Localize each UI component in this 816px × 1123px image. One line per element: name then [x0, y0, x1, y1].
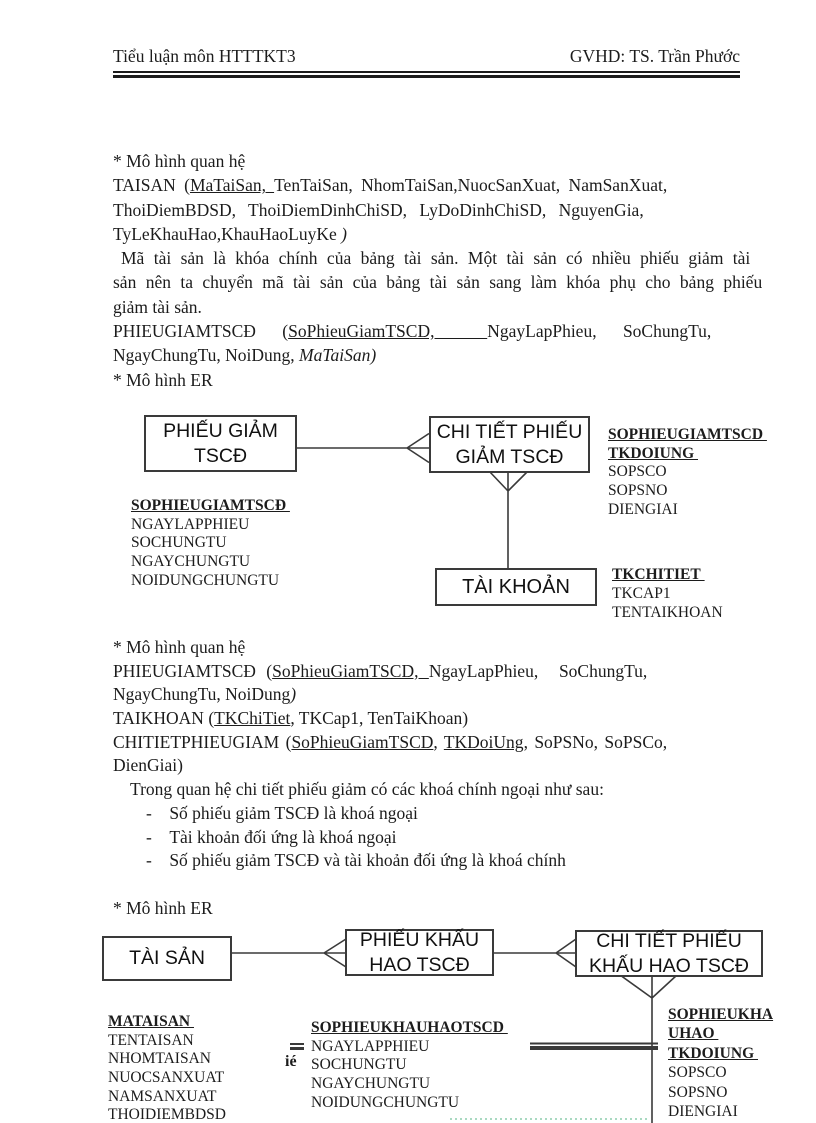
text-line: TKCHITIET [612, 566, 723, 585]
text-line: * Mô hình quan hệ [113, 637, 773, 661]
text-line: Mã tài sản là khóa chính của bảng tài sả… [113, 248, 773, 272]
text-line: TENTAISAN [108, 1032, 226, 1051]
text-line: TAIKHOAN (TKChiTiet, TKCap1, TenTaiKhoan… [113, 708, 773, 732]
entity-box-tai-khoan: TÀI KHOẢN [435, 568, 597, 606]
text-line: NGAYCHUNGTU [131, 553, 290, 572]
text-line: MATAISAN [108, 1013, 226, 1032]
relationship-line-chitiet-taikhoan [489, 471, 528, 568]
text-line: giảm tài sản. [113, 297, 773, 321]
text-line: DIENGIAI [668, 1103, 773, 1122]
text-line: DienGiai) [113, 755, 773, 779]
attribute-list-tai-khoan: TKCHITIET TKCAP1TENTAIKHOAN [612, 566, 723, 623]
text-line: ThoiDiemBDSD, ThoiDiemDinhChiSD, LyDoDin… [113, 200, 773, 224]
text-line: SOCHUNGTU [131, 534, 290, 553]
document-page: Tiểu luận môn HTTTKT3 GVHD: TS. Trần Phư… [0, 0, 816, 1123]
text-line: SOPSCO [668, 1064, 773, 1083]
text-line: TKCAP1 [612, 585, 723, 604]
text-line: NUOCSANXUAT [108, 1069, 226, 1088]
text-line: * Mô hình ER [113, 898, 773, 922]
entity-box-chi-tiet-phieu-giam-tscd: CHI TIẾT PHIẾU GIẢM TSCĐ [429, 416, 590, 473]
text-line: NGAYLAPPHIEU [131, 516, 290, 535]
text-line: SOPHIEUKHAUHAOTSCD [311, 1019, 508, 1038]
attribute-list-phieu-khau-hao: SOPHIEUKHAUHAOTSCD NGAYLAPPHIEUSOCHUNGTU… [311, 1019, 508, 1112]
attribute-list-chi-tiet-phieu-khau-hao: SOPHIEUKHAUHAO TKDOIUNG SOPSCOSOPSNODIEN… [668, 1006, 773, 1122]
text-line: SOPSCO [608, 463, 767, 482]
text-line: sản nên ta chuyển mã tài sản của bảng tà… [113, 272, 773, 296]
text-line: * Mô hình ER [113, 370, 773, 394]
text-line: SOCHUNGTU [311, 1056, 508, 1075]
relationship-line-phieugiam-chitiet [295, 434, 429, 463]
text-line: TKDOIUNG [668, 1045, 773, 1064]
relational-model-section-2: * Mô hình quan hệPHIEUGIAMTSCĐ (SoPhieuG… [113, 637, 773, 921]
attribute-list-chi-tiet-phieu-giam: SOPHIEUGIAMTSCD TKDOIUNG SOPSCOSOPSNODIE… [608, 426, 767, 519]
text-line: NHOMTAISAN [108, 1050, 226, 1069]
entity-box-tai-san: TÀI SẢN [102, 936, 232, 981]
text-line: TKDOIUNG [608, 445, 767, 464]
text-line: Trong quan hệ chi tiết phiếu giảm có các… [113, 779, 773, 803]
text-line: DIENGIAI [608, 501, 767, 520]
text-line: - Tài khoản đối ứng là khoá ngoại [113, 827, 773, 851]
text-line: NgayChungTu, NoiDung, MaTaiSan) [113, 345, 773, 369]
text-line: NAMSANXUAT [108, 1088, 226, 1107]
text-line: SOPSNO [668, 1084, 773, 1103]
text-line: TENTAIKHOAN [612, 604, 723, 623]
text-line: PHIEUGIAMTSCĐ (SoPhieuGiamTSCD, NgayLapP… [113, 661, 773, 685]
text-line: UHAO [668, 1025, 773, 1044]
text-line: SOPHIEUGIAMTSCD [608, 426, 767, 445]
text-line: NOIDUNGCHUNGTU [311, 1094, 508, 1113]
text-line: SOPHIEUKHA [668, 1006, 773, 1025]
text-line: SOPSNO [608, 482, 767, 501]
relationship-line-phieukhauhao-chitiet [492, 939, 576, 967]
relationship-line-taisan-phieukhauhao [230, 939, 346, 967]
text-line: CHITIETPHIEUGIAM (SoPhieuGiamTSCD, TKDoi… [113, 732, 773, 756]
text-line: THOIDIEMBDSD [108, 1106, 226, 1123]
text-line: * Mô hình quan hệ [113, 151, 773, 175]
text-line: - Số phiếu giảm TSCĐ là khoá ngoại [113, 803, 773, 827]
text-line: NGAYCHUNGTU [311, 1075, 508, 1094]
text-line: TAISAN (MaTaiSan, TenTaiSan, NhomTaiSan,… [113, 175, 773, 199]
text-line: PHIEUGIAMTSCĐ (SoPhieuGiamTSCD, NgayLapP… [113, 321, 773, 345]
text-line: - Số phiếu giảm TSCĐ và tài khoản đối ứn… [113, 850, 773, 874]
text-line: NGAYLAPPHIEU [311, 1038, 508, 1057]
text-line: TyLeKhauHao,KhauHaoLuyKe ) [113, 224, 773, 248]
entity-box-phieu-giam-tscd: PHIẾU GIẢM TSCĐ [144, 415, 297, 472]
text-line: SOPHIEUGIAMTSCĐ [131, 497, 290, 516]
entity-box-chi-tiet-phieu-khau-hao-tscd: CHI TIẾT PHIẾU KHẤU HAO TSCĐ [575, 930, 763, 977]
scan-artifact-text-fragment: ié [285, 1053, 297, 1071]
attribute-list-tai-san: MATAISAN TENTAISANNHOMTAISANNUOCSANXUATN… [108, 1013, 226, 1123]
text-line: NgayChungTu, NoiDung) [113, 684, 773, 708]
text-line [113, 874, 773, 898]
entity-box-phieu-khau-hao-tscd: PHIẾU KHẤU HAO TSCĐ [345, 929, 494, 976]
relational-model-section-1: * Mô hình quan hệTAISAN (MaTaiSan, TenTa… [113, 151, 773, 394]
text-line: NOIDUNGCHUNGTU [131, 572, 290, 591]
attribute-list-phieu-giam: SOPHIEUGIAMTSCĐ NGAYLAPPHIEUSOCHUNGTUNGA… [131, 497, 290, 590]
